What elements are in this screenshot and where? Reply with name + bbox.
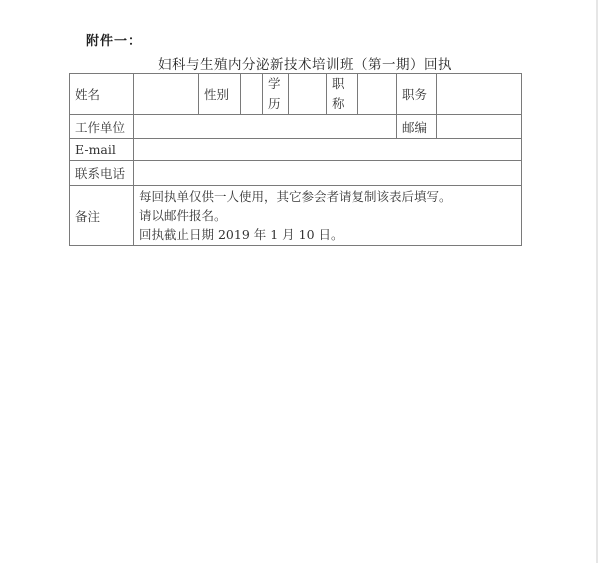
title-label-line2: 称: [332, 94, 357, 114]
workplace-field[interactable]: [134, 115, 397, 139]
name-field[interactable]: [134, 74, 199, 115]
registration-form: 姓名 性别 学历 职称 职务 工作单位 邮编 E-mail 联系电话 备注 每回…: [69, 73, 522, 246]
row-workplace: 工作单位 邮编: [70, 115, 522, 139]
attachment-label: 附件一：: [86, 30, 142, 49]
postcode-label: 邮编: [397, 115, 437, 139]
row-personal-info: 姓名 性别 学历 职称 职务: [70, 74, 522, 115]
education-label-line2: 历: [268, 94, 288, 114]
remark-line: 每回执单仅供一人使用，其它参会者请复制该表后填写。: [139, 187, 521, 206]
remark-line: 请以邮件报名。: [139, 206, 521, 225]
title-label-line1: 职: [332, 74, 357, 94]
education-label-line1: 学: [268, 74, 288, 94]
name-label: 姓名: [70, 74, 134, 115]
row-phone: 联系电话: [70, 161, 522, 186]
phone-field[interactable]: [134, 161, 522, 186]
gender-field[interactable]: [241, 74, 263, 115]
email-field[interactable]: [134, 139, 522, 161]
education-label: 学历: [263, 74, 289, 115]
email-label: E-mail: [70, 139, 134, 161]
workplace-label: 工作单位: [70, 115, 134, 139]
title-field[interactable]: [358, 74, 397, 115]
education-field[interactable]: [289, 74, 327, 115]
row-remarks: 备注 每回执单仅供一人使用，其它参会者请复制该表后填写。 请以邮件报名。 回执截…: [70, 186, 522, 246]
document-title: 妇科与生殖内分泌新技术培训班（第一期）回执: [0, 53, 598, 73]
row-email: E-mail: [70, 139, 522, 161]
gender-label: 性别: [199, 74, 241, 115]
phone-label: 联系电话: [70, 161, 134, 186]
remark-line: 回执截止日期 2019 年 1 月 10 日。: [139, 225, 521, 244]
remarks-content: 每回执单仅供一人使用，其它参会者请复制该表后填写。 请以邮件报名。 回执截止日期…: [134, 186, 522, 246]
position-label: 职务: [397, 74, 437, 115]
position-field[interactable]: [437, 74, 522, 115]
remarks-label: 备注: [70, 186, 134, 246]
title-label: 职称: [327, 74, 358, 115]
postcode-field[interactable]: [437, 115, 522, 139]
